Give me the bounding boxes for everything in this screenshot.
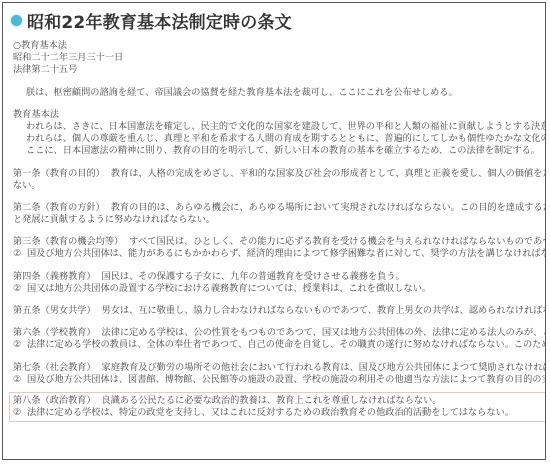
article-heading: 第四条（義務教育） (13, 271, 96, 282)
article-continuation: ない。 (13, 180, 545, 192)
document-frame: 昭和22年教育基本法制定時の条文 ○教育基本法 昭和二十二年三月三十一日 法律第… (2, 2, 546, 460)
preamble-line: われらは、個人の尊厳を重んじ、真理と平和を希求する人間の育成を期するとともに、普… (13, 133, 545, 145)
article-paragraph-2: ②国及び地方公共団体は、能力があるにもかかわらず、経済的理由によつて修学困難な者… (13, 248, 545, 260)
article-1: 第一条（教育の目的） 教育は、人格の完成をめざし、平和的な国家及び社会の形成者と… (13, 168, 545, 180)
article-heading: 第六条（学校教育） (13, 327, 96, 338)
preamble-heading: 教育基本法 (13, 109, 545, 121)
bullet-dot-icon (11, 15, 22, 26)
article-heading: 第五条（男女共学） (13, 305, 96, 316)
article-text: 法律に定める学校は、公の性質をもつものであつて、国又は地方公共団体の外、法律に定… (102, 327, 545, 338)
promulgation: 朕は、枢密顧問の諮詢を経て、帝国議会の協賛を経た教育基本法を裁可し、ここにこれを… (13, 87, 545, 99)
paragraph-2-mark: ② (13, 339, 27, 351)
article-text: 男女は、互に敬重し、協力し合わなければならないものであつて、教育上男女の共学は、… (102, 305, 545, 316)
article-6: 第六条（学校教育） 法律に定める学校は、公の性質をもつものであつて、国又は地方公… (13, 327, 545, 339)
law-name: ○教育基本法 (13, 40, 545, 52)
paragraph-2-mark: ② (13, 407, 27, 419)
page-title-text: 昭和22年教育基本法制定時の条文 (27, 8, 292, 33)
paragraph-text: 国及び地方公共団体は、図書館、博物館、公民館等の施設の設置、学校の施設の利用その… (27, 374, 545, 385)
article-5: 第五条（男女共学） 男女は、互に敬重し、協力し合わなければならないものであつて、… (13, 305, 545, 317)
paragraph-text: 国又は地方公共団体の設置する学校における義務教育については、授業料は、これを徴収… (27, 283, 431, 294)
article-text: 国民は、その保護する子女に、九年の普通教育を受けさせる義務を負う。 (102, 271, 405, 282)
article-7: 第七条（社会教育） 家庭教育及び勤労の場所その他社会において行われる教育は、国及… (13, 362, 545, 374)
paragraph-2-mark: ② (13, 374, 27, 386)
article-heading: 第七条（社会教育） (13, 362, 96, 373)
paragraph-text: 法律に定める学校の教員は、全体の奉仕者であつて、自己の使命を自覚し、その職責の遂… (27, 339, 545, 350)
article-3: 第三条（教育の機会均等） すべて国民は、ひとしく、その能力に応ずる教育を受ける機… (13, 236, 545, 248)
law-text: ○教育基本法 昭和二十二年三月三十一日 法律第二十五号 朕は、枢密顧問の諮詢を経… (13, 40, 545, 422)
article-8-highlight-box: 第八条（政治教育） 良識ある公民たるに必要な政治的教養は、教育上これを尊重しなけ… (9, 392, 546, 422)
article-paragraph-2: ②法律に定める学校の教員は、全体の奉仕者であつて、自己の使命を自覚し、その職責の… (13, 339, 545, 351)
article-text: 教育は、人格の完成をめざし、平和的な国家及び社会の形成者として、真理と正義を愛し… (111, 168, 545, 179)
article-continuation: と発展に貢献するように努めなければならない。 (13, 214, 545, 226)
article-text: すべて国民は、ひとしく、その能力に応ずる教育を受ける機会を与えられなければならな… (129, 236, 545, 247)
article-heading: 第一条（教育の目的） (13, 168, 105, 179)
law-date: 昭和二十二年三月三十一日 (13, 52, 545, 64)
article-heading: 第二条（教育の方針） (13, 202, 105, 213)
page-title: 昭和22年教育基本法制定時の条文 (11, 9, 292, 31)
paragraph-text: 国及び地方公共団体は、能力があるにもかかわらず、経済的理由によつて修学困難な者に… (27, 248, 545, 259)
preamble-line: われらは、さきに、日本国憲法を確定し、民主的で文化的な国家を建設して、世界の平和… (13, 121, 545, 133)
article-2: 第二条（教育の方針） 教育の目的は、あらゆる機会に、あらゆる場所において実現され… (13, 202, 545, 214)
article-heading: 第三条（教育の機会均等） (13, 236, 123, 247)
article-paragraph-2: ②法律に定める学校は、特定の政党を支持し、又はこれに反対するための政治教育その他… (13, 407, 546, 419)
paragraph-text: 法律に定める学校は、特定の政党を支持し、又はこれに反対するための政治教育その他政… (27, 407, 514, 418)
article-paragraph-2: ②国又は地方公共団体の設置する学校における義務教育については、授業料は、これを徴… (13, 283, 545, 295)
paragraph-2-mark: ② (13, 248, 27, 260)
article-heading: 第八条（政治教育） (13, 395, 96, 406)
article-text: 良識ある公民たるに必要な政治的教養は、教育上これを尊重しなければならない。 (102, 395, 442, 406)
article-4: 第四条（義務教育） 国民は、その保護する子女に、九年の普通教育を受けさせる義務を… (13, 271, 545, 283)
article-paragraph-2: ②国及び地方公共団体は、図書館、博物館、公民館等の施設の設置、学校の施設の利用そ… (13, 374, 545, 386)
paragraph-2-mark: ② (13, 283, 27, 295)
law-number: 法律第二十五号 (13, 64, 545, 76)
article-text: 家庭教育及び勤労の場所その他社会において行われる教育は、国及び地方公共団体によつ… (102, 362, 545, 373)
preamble-line: ここに、日本国憲法の精神に則り、教育の目的を明示して、新しい日本の教育の基本を確… (13, 145, 545, 157)
article-text: 教育の目的は、あらゆる機会に、あらゆる場所において実現されなければならない。この… (111, 202, 545, 213)
article-8: 第八条（政治教育） 良識ある公民たるに必要な政治的教養は、教育上これを尊重しなけ… (13, 395, 546, 407)
